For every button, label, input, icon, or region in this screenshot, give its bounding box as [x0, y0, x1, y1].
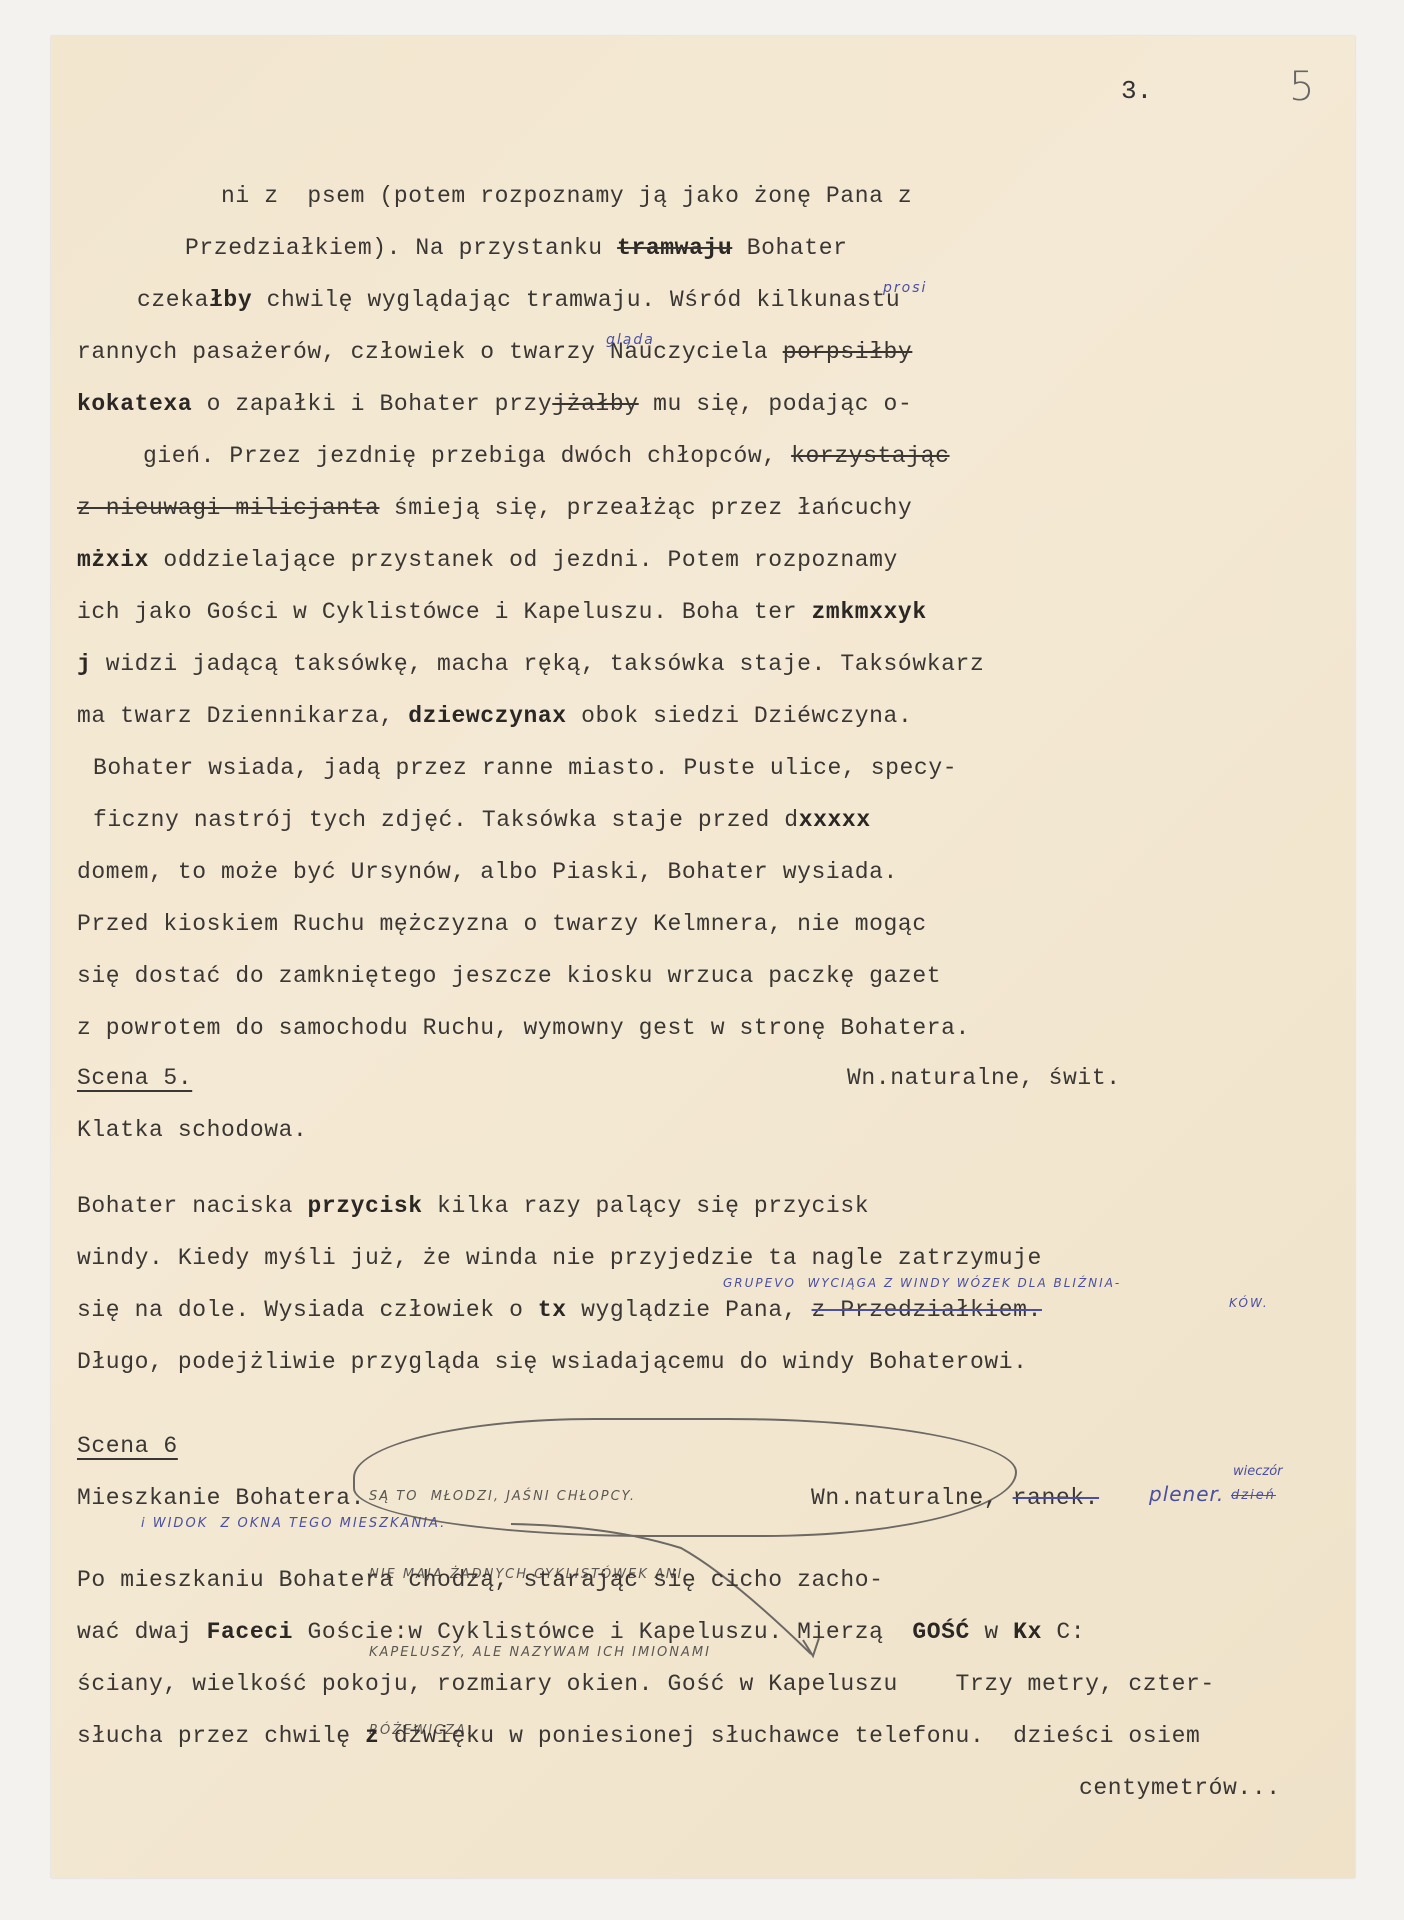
typewritten-page: 3. 5 ni z psem (potem rozpoznamy ją jako…	[51, 36, 1355, 1878]
text-line: centymetrów...	[1079, 1774, 1281, 1802]
struck-text: Kx	[1013, 1619, 1042, 1645]
struck-text: z	[365, 1723, 379, 1749]
text-line: Po mieszkaniu Bohatera chodzą, starając …	[77, 1566, 884, 1594]
struck-text: Faceci	[207, 1619, 293, 1645]
text-line: wać dwaj Faceci Goście:w Cyklistówce i K…	[77, 1618, 1085, 1646]
pencil-arrow	[51, 36, 1355, 1878]
text-line: ściany, wielkość pokoju, rozmiary okien.…	[77, 1670, 1215, 1698]
text-line: słucha przez chwilę z dźwięku w poniesio…	[77, 1722, 1200, 1750]
